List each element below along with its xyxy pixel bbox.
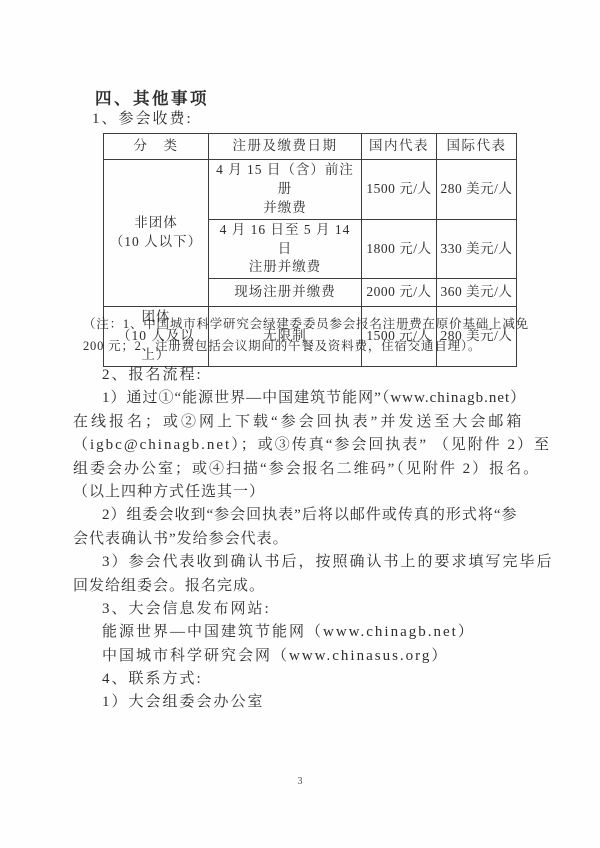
page-number: 3 [0, 776, 600, 787]
note-line: 200 元；2、注册费包括会议期间的午餐及资料费，住宿交通自理）。 [83, 335, 545, 357]
header-date: 注册及缴费日期 [209, 134, 362, 160]
note-line: （注：1、中国城市科学研究会绿建委委员参会报名注册费在原价基础上减免 [83, 313, 545, 335]
text-line: 2）组委会收到“参会回执表”后将以邮件或传真的形式将“参 [73, 504, 540, 527]
table-row: 非团体 （10 人以下） 4 月 15 日（含）前注册 并缴费 1500 元/人… [104, 160, 517, 220]
header-international: 国际代表 [437, 134, 517, 160]
websites-section-title: 3、大会信息发布网站: [73, 598, 540, 621]
cell-date-tier3: 现场注册并缴费 [209, 279, 362, 307]
text-line: 组委会办公室；或④扫描“参会报名二维码”（见附件 2）报名。 [73, 458, 540, 481]
website-line: 能源世界—中国建筑节能网（www.chinagb.net） [73, 621, 540, 644]
document-page: 四、其他事项 1、参会收费: 分 类 注册及缴费日期 国内代表 国际代表 非团体… [0, 0, 600, 848]
contact-section-title: 4、联系方式: [73, 668, 540, 691]
header-domestic: 国内代表 [362, 134, 437, 160]
website-line: 中国城市科学研究会网（www.chinasus.org） [73, 645, 540, 668]
text-line: 1）通过①“能源世界—中国建筑节能网”（www.chinagb.net） [73, 387, 540, 410]
text-line: 3）参会代表收到确认书后，按照确认书上的要求填写完毕后 [73, 551, 540, 574]
cell-domestic-tier1: 1500 元/人 [362, 160, 437, 220]
fee-section-title: 1、参会收费: [92, 107, 193, 128]
text-line: 回发给组委会。报名完成。 [73, 575, 540, 598]
registration-section-title: 2、报名流程: [73, 364, 540, 387]
cell-international-tier3: 360 美元/人 [437, 279, 517, 307]
text-line: 在线报名；或②网上下载“参会回执表”并发送至大会邮箱 [73, 411, 540, 434]
contact-line: 1）大会组委会办公室 [73, 691, 540, 714]
cell-date-tier2: 4 月 16 日至 5 月 14 日 注册并缴费 [209, 219, 362, 279]
fee-table-note: （注：1、中国城市科学研究会绿建委委员参会报名注册费在原价基础上减免 200 元… [83, 313, 545, 357]
section-heading: 四、其他事项 [95, 85, 209, 109]
cell-domestic-tier3: 2000 元/人 [362, 279, 437, 307]
cell-category-nongroup: 非团体 （10 人以下） [104, 160, 209, 307]
text-line: （igbc@chinagb.net）；或③传真“参会回执表” （见附件 2）至 [73, 434, 540, 457]
header-category: 分 类 [104, 134, 209, 160]
cell-international-tier2: 330 美元/人 [437, 219, 517, 279]
cell-date-tier1: 4 月 15 日（含）前注册 并缴费 [209, 160, 362, 220]
fee-table-header-row: 分 类 注册及缴费日期 国内代表 国际代表 [104, 134, 517, 160]
cell-domestic-tier2: 1800 元/人 [362, 219, 437, 279]
cell-international-tier1: 280 美元/人 [437, 160, 517, 220]
body-text: 2、报名流程: 1）通过①“能源世界—中国建筑节能网”（www.chinagb.… [73, 364, 540, 715]
text-line: （以上四种方式任选其一） [73, 481, 540, 504]
text-line: 会代表确认书”发给参会代表。 [73, 528, 540, 551]
